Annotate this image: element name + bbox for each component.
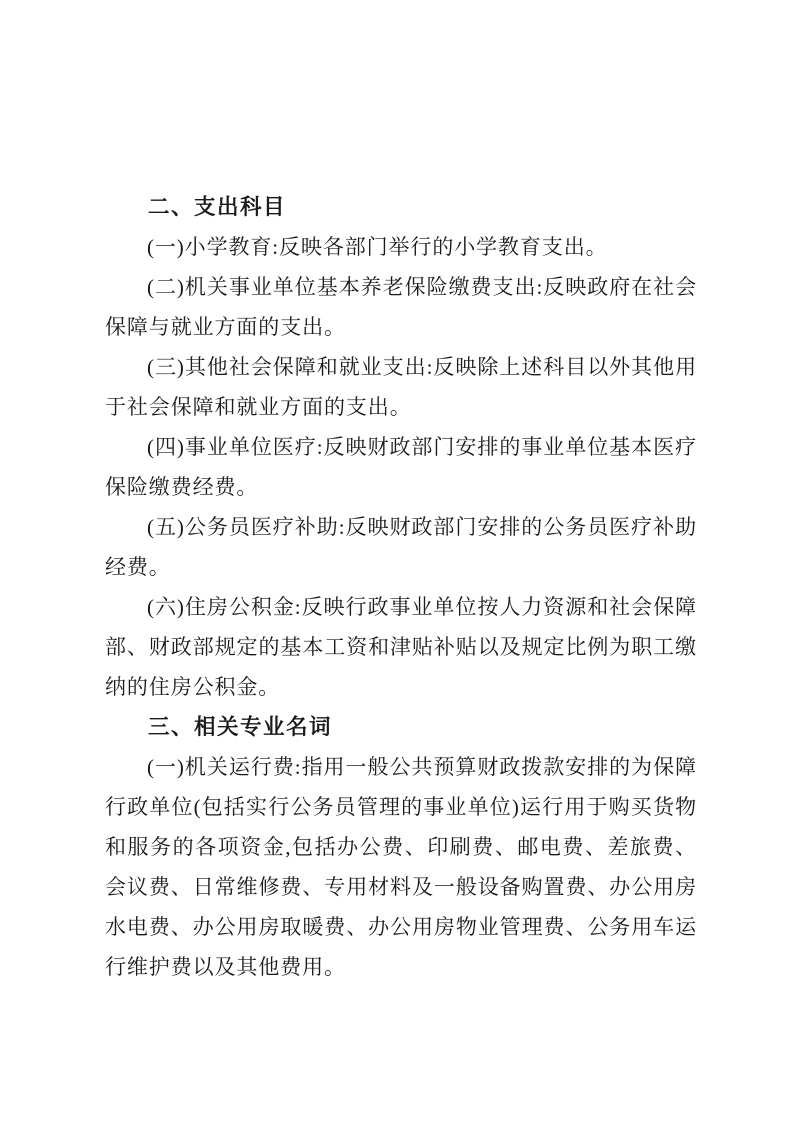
paragraph: (五)公务员医疗补助:反映财政部门安排的公务员医疗补助经费。 [105,507,697,587]
section-heading: 二、支出科目 [105,187,697,227]
paragraph: (二)机关事业单位基本养老保险缴费支出:反映政府在社会保障与就业方面的支出。 [105,267,697,347]
paragraph: (一)小学教育:反映各部门举行的小学教育支出。 [105,227,697,267]
paragraph: (三)其他社会保障和就业支出:反映除上述科目以外其他用于社会保障和就业方面的支出… [105,347,697,427]
document-body: 二、支出科目(一)小学教育:反映各部门举行的小学教育支出。(二)机关事业单位基本… [105,187,697,987]
paragraph: (四)事业单位医疗:反映财政部门安排的事业单位基本医疗保险缴费经费。 [105,427,697,507]
paragraph: (一)机关运行费:指用一般公共预算财政拨款安排的为保障行政单位(包括实行公务员管… [105,747,697,987]
section-heading: 三、相关专业名词 [105,707,697,747]
paragraph: (六)住房公积金:反映行政事业单位按人力资源和社会保障部、财政部规定的基本工资和… [105,587,697,707]
document-page: 二、支出科目(一)小学教育:反映各部门举行的小学教育支出。(二)机关事业单位基本… [0,0,793,1122]
